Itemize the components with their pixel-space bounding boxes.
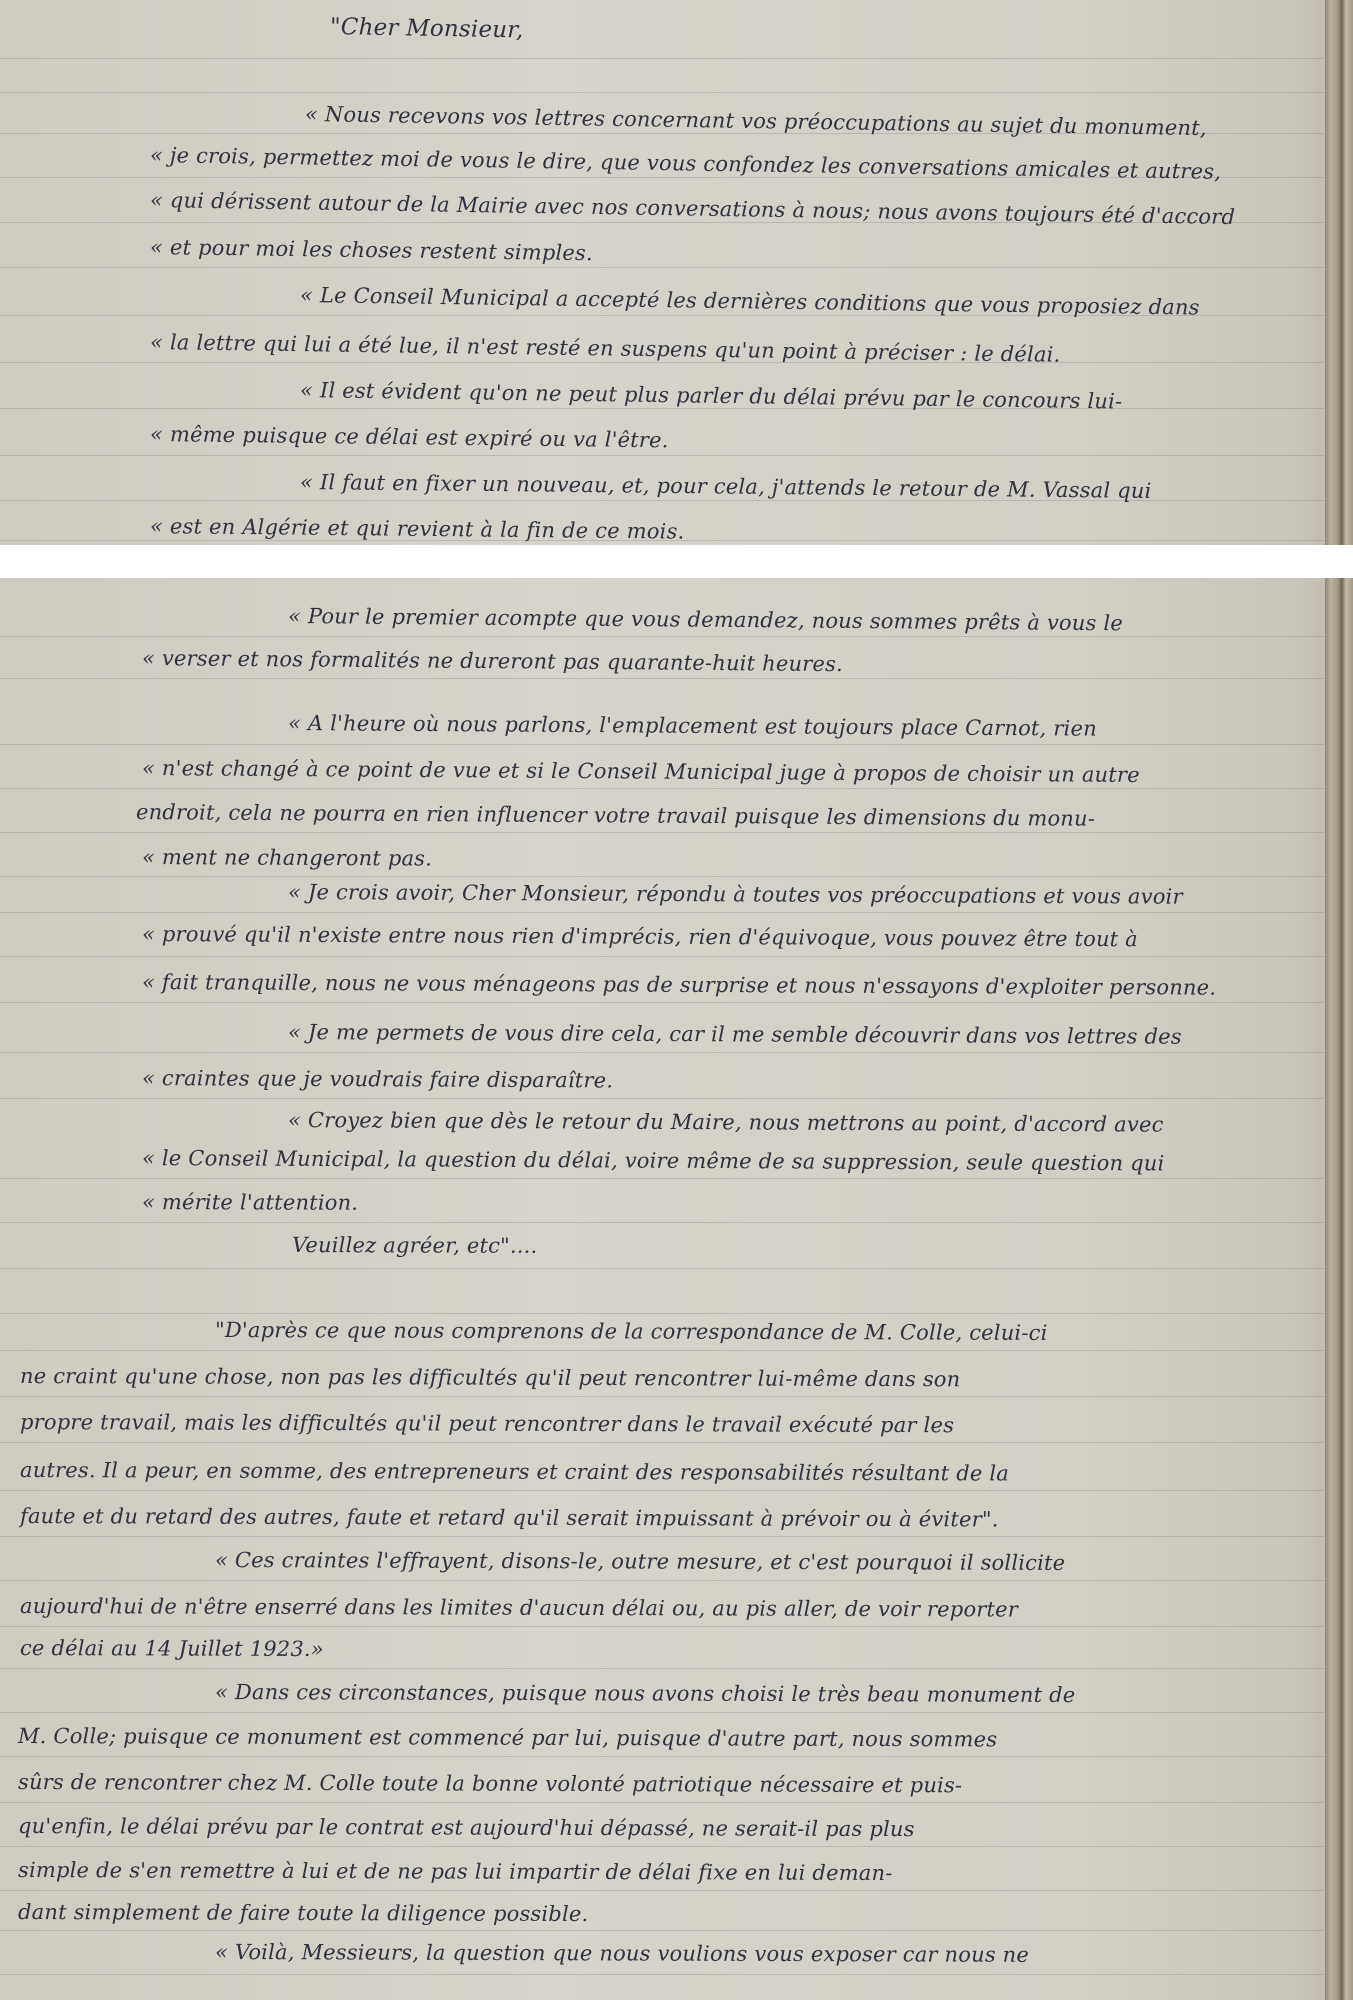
ruled-line <box>0 1350 1325 1351</box>
ruled-line <box>0 876 1325 877</box>
book-binding-edge <box>1325 0 1353 545</box>
ruled-line <box>0 1712 1325 1713</box>
ruled-line <box>0 1178 1325 1179</box>
manuscript-page-top: "Cher Monsieur,« Nous recevons vos lettr… <box>0 0 1353 545</box>
ruled-line <box>0 267 1325 268</box>
ruled-line <box>0 1002 1325 1003</box>
handwritten-line: sûrs de rencontrer chez M. Colle toute l… <box>18 1770 962 1797</box>
ruled-line <box>0 744 1325 745</box>
ruled-line <box>0 1802 1325 1803</box>
ruled-line <box>0 1490 1325 1491</box>
ruled-line <box>0 1930 1325 1931</box>
book-binding-edge <box>1325 578 1353 2000</box>
ruled-line <box>0 455 1325 456</box>
handwritten-line: « Dans ces circonstances, puisque nous a… <box>215 1680 1076 1707</box>
ruled-line <box>0 636 1325 637</box>
handwritten-line: ce délai au 14 Juillet 1923.» <box>20 1636 324 1661</box>
ruled-line <box>0 912 1325 913</box>
ruled-line <box>0 1268 1325 1269</box>
ruled-line <box>0 1974 1325 1975</box>
handwritten-line: « Voilà, Messieurs, la question que nous… <box>215 1940 1029 1967</box>
handwritten-line: dant simplement de faire toute la dilige… <box>18 1900 588 1926</box>
handwritten-line: « le Conseil Municipal, la question du d… <box>142 1146 1165 1175</box>
ruled-line <box>0 1890 1325 1891</box>
ruled-line <box>0 1846 1325 1847</box>
ruled-line <box>0 1756 1325 1757</box>
handwritten-line: « Ces craintes l'effrayent, disons-le, o… <box>215 1548 1065 1575</box>
handwritten-line: « verser et nos formalités ne dureront p… <box>142 646 843 676</box>
handwritten-line: « Nous recevons vos lettres concernant v… <box>305 102 1207 140</box>
handwritten-line: « mérite l'attention. <box>142 1190 358 1215</box>
handwritten-line: « même puisque ce délai est expiré ou va… <box>150 422 669 452</box>
handwritten-line: « fait tranquille, nous ne vous ménageon… <box>142 970 1216 1000</box>
handwritten-line: M. Colle; puisque ce monument est commen… <box>18 1724 997 1751</box>
handwritten-line: faute et du retard des autres, faute et … <box>20 1504 999 1531</box>
ruled-line <box>0 58 1325 59</box>
ruled-line <box>0 1052 1325 1053</box>
ruled-line <box>0 1396 1325 1397</box>
handwritten-line: « n'est changé à ce point de vue et si l… <box>142 756 1140 787</box>
ruled-line <box>0 92 1325 93</box>
handwritten-line: "D'après ce que nous comprenons de la co… <box>215 1318 1048 1345</box>
ruled-line <box>0 956 1325 957</box>
handwritten-line: « et pour moi les choses restent simples… <box>150 235 593 265</box>
handwritten-line: « Pour le premier acompte que vous deman… <box>288 604 1123 635</box>
ruled-line <box>0 1098 1325 1099</box>
manuscript-page-bottom: « Pour le premier acompte que vous deman… <box>0 578 1353 2000</box>
ruled-line <box>0 408 1325 409</box>
ruled-line <box>0 1442 1325 1443</box>
ruled-line <box>0 362 1325 363</box>
handwritten-line: « Je crois avoir, Cher Monsieur, répondu… <box>288 880 1183 909</box>
ruled-line <box>0 1536 1325 1537</box>
ruled-line <box>0 1222 1325 1223</box>
handwritten-line: « Croyez bien que dès le retour du Maire… <box>288 1108 1164 1137</box>
handwritten-line: « prouvé qu'il n'existe entre nous rien … <box>142 922 1138 951</box>
handwritten-line: propre travail, mais les difficultés qu'… <box>20 1410 954 1437</box>
handwritten-line: « Je me permets de vous dire cela, car i… <box>288 1020 1182 1049</box>
handwritten-line: simple de s'en remettre à lui et de ne p… <box>18 1858 893 1885</box>
ruled-line <box>0 678 1325 679</box>
ruled-line <box>0 1580 1325 1581</box>
ruled-line <box>0 1668 1325 1669</box>
handwritten-line: « ment ne changeront pas. <box>142 845 432 871</box>
ruled-line <box>0 788 1325 789</box>
handwritten-line: « A l'heure où nous parlons, l'emplaceme… <box>288 711 1097 741</box>
handwritten-line: aujourd'hui de n'être enserré dans les l… <box>20 1594 1018 1621</box>
page-split-gap <box>0 545 1353 578</box>
handwritten-line: endroit, cela ne pourra en rien influenc… <box>136 800 1095 831</box>
ruled-line <box>0 1626 1325 1627</box>
handwritten-line: « Il faut en fixer un nouveau, et, pour … <box>300 470 1152 503</box>
handwritten-line: ne craint qu'une chose, non pas les diff… <box>20 1364 960 1391</box>
handwritten-line: qu'enfin, le délai prévu par le contrat … <box>18 1814 915 1841</box>
handwritten-line: « craintes que je voudrais faire dispara… <box>142 1066 613 1092</box>
handwritten-line: Veuillez agréer, etc".... <box>292 1233 538 1258</box>
ruled-line <box>0 1313 1325 1314</box>
handwritten-line: "Cher Monsieur, <box>330 14 524 43</box>
handwritten-line: autres. Il a peur, en somme, des entrepr… <box>20 1458 1009 1485</box>
ruled-line <box>0 832 1325 833</box>
